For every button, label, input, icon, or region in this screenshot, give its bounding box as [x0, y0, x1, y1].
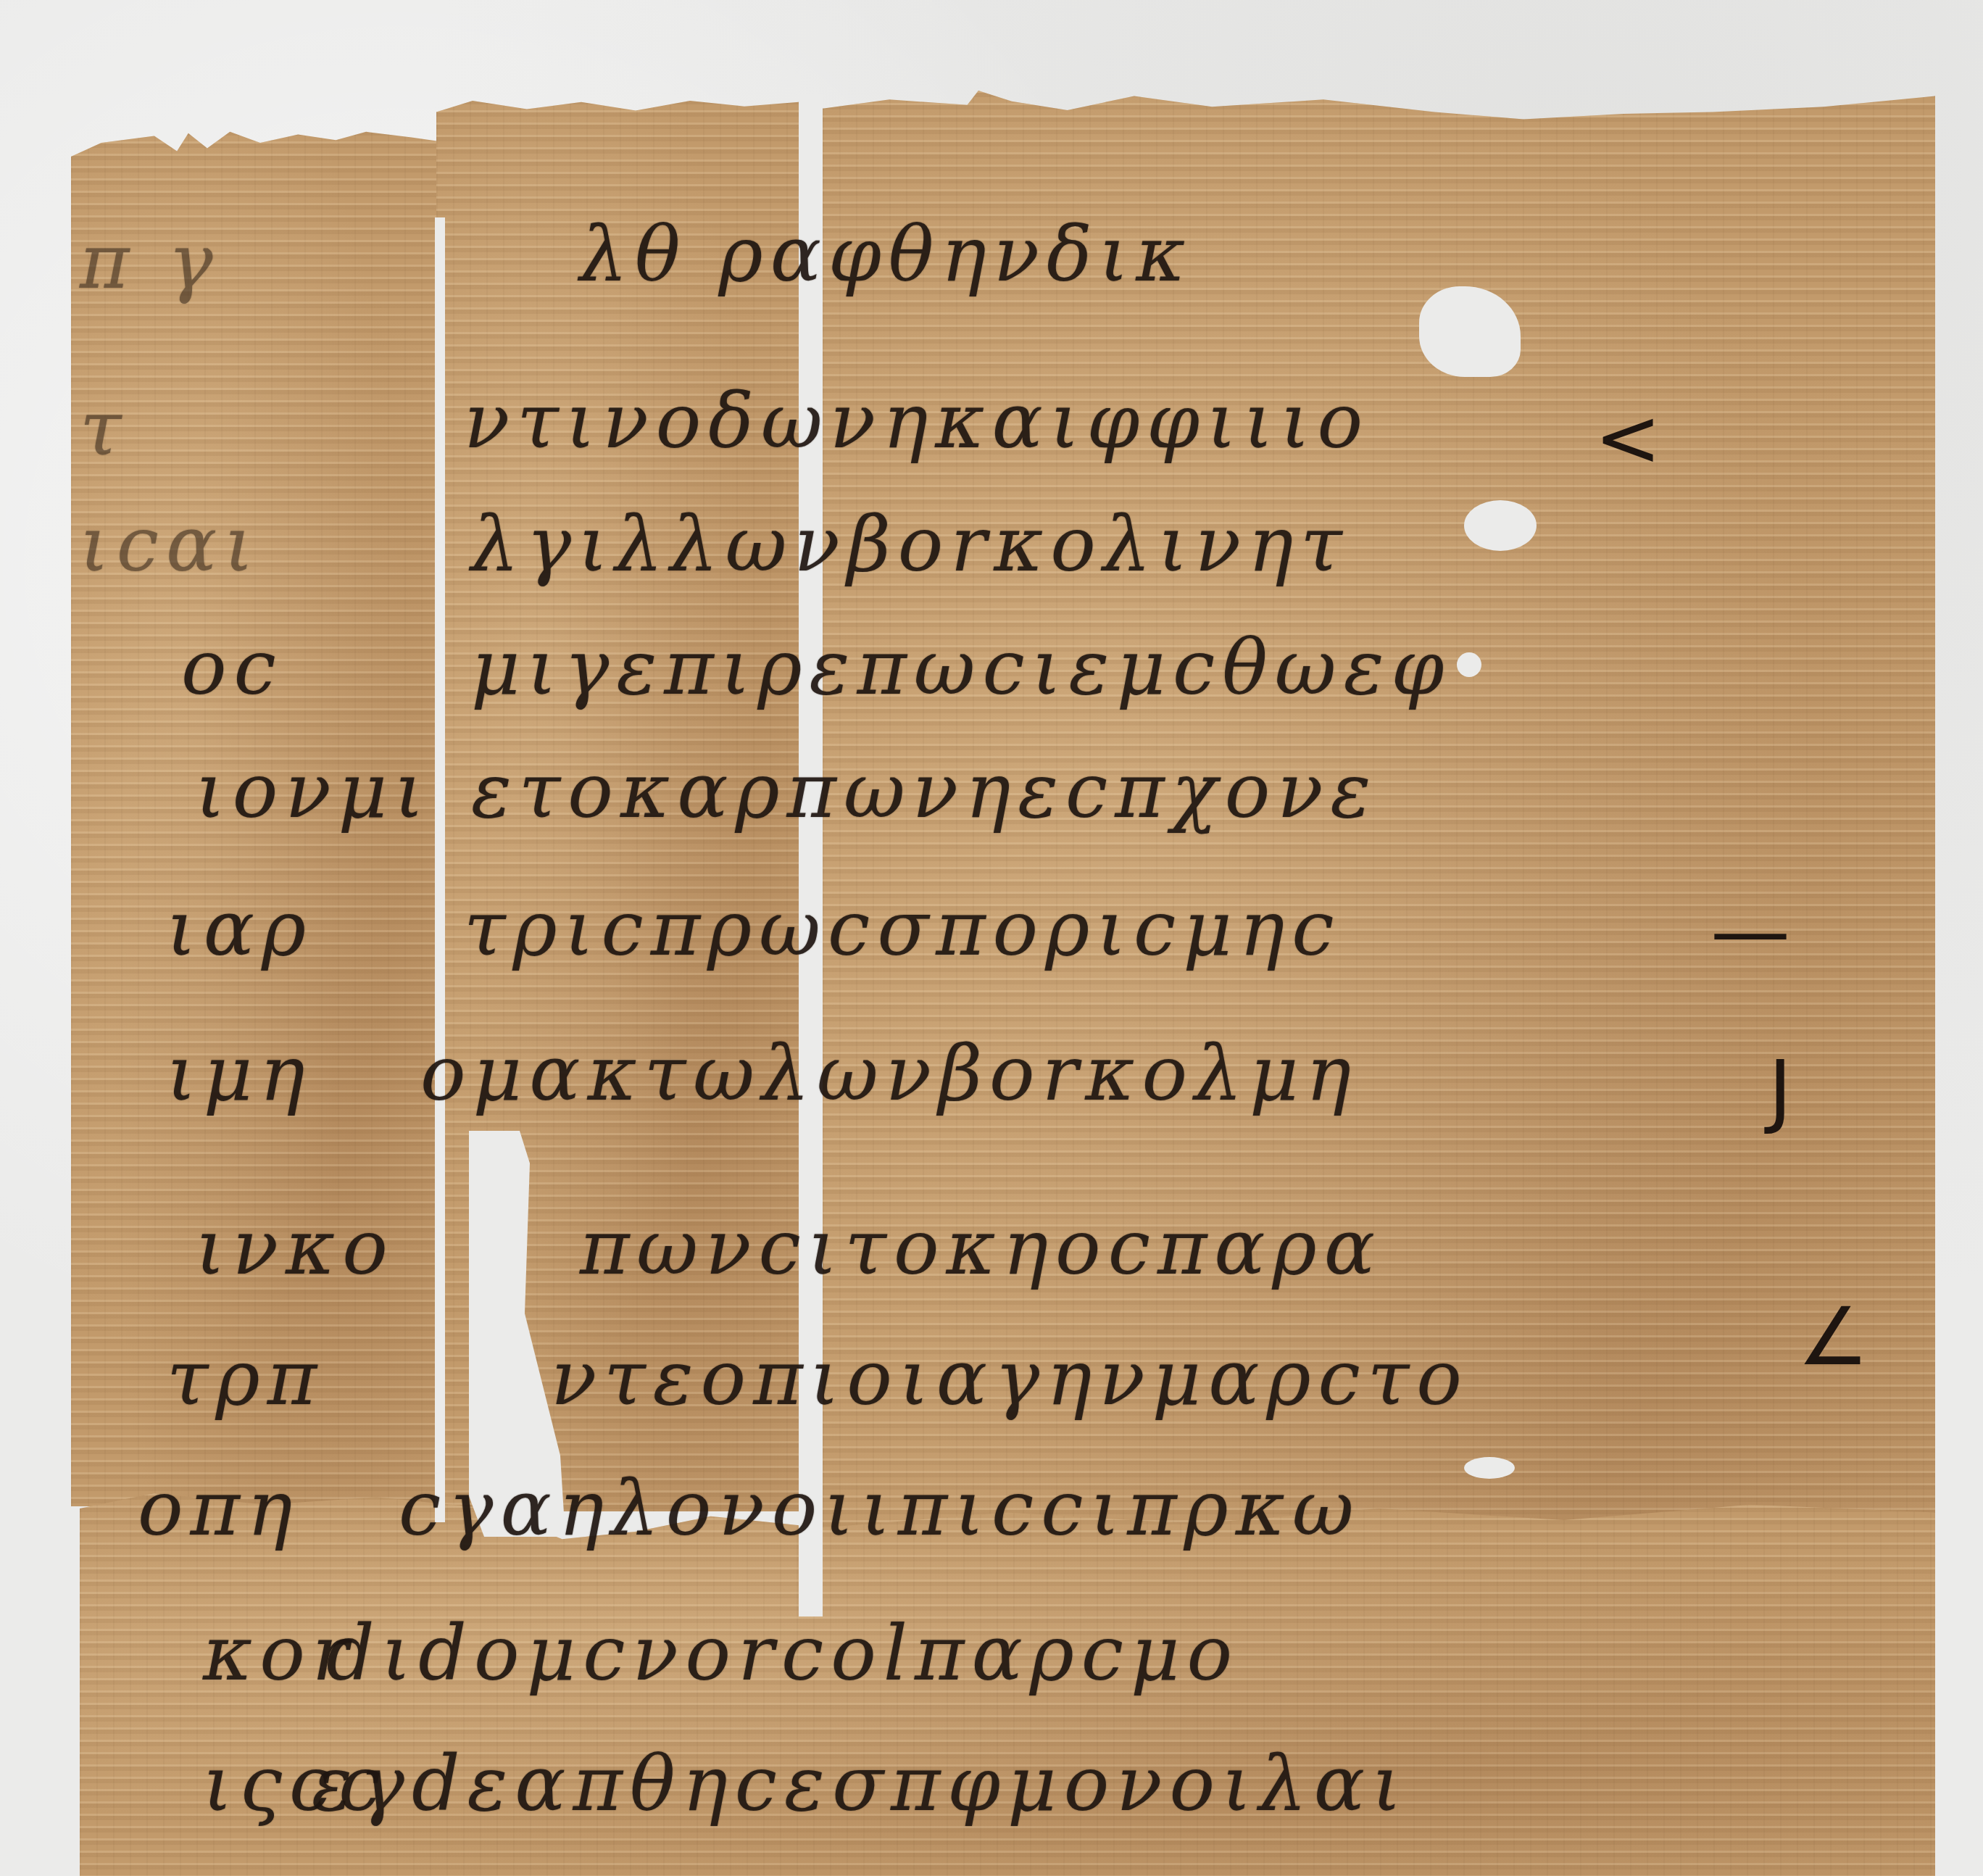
- fragment-gap: [435, 217, 445, 1522]
- manuscript-line-left: ιcαι: [80, 500, 261, 589]
- manuscript-line-left: ινκο: [196, 1203, 395, 1292]
- manuscript-line-left: ιμη: [167, 1029, 312, 1118]
- papyrus-hole: [1464, 500, 1537, 551]
- manuscript-line: λθ ραφθηνδικ: [580, 210, 1193, 299]
- manuscript-line-left: οc: [181, 623, 283, 712]
- manuscript-line-left: τ: [80, 384, 129, 473]
- manuscript-line: λγιλλωνβοrκολινητ: [471, 500, 1350, 589]
- manuscript-line-left: ιαρ: [167, 884, 313, 973]
- manuscript-line: τριcπρωcσποριcμηc: [464, 884, 1342, 973]
- manuscript-line: dιdομcνοrcοlπαρcμο: [326, 1609, 1239, 1698]
- papyrus-hole: [1457, 652, 1481, 677]
- manuscript-line: εγdεαπθηcεσπφμονοιλαι: [312, 1740, 1409, 1828]
- manuscript-line: ντεοπιοιαγηνμαρcτο: [551, 1334, 1469, 1422]
- manuscript-line-left: π γ: [80, 217, 220, 306]
- marginal-mark: —: [1710, 884, 1790, 977]
- manuscript-line: cγαηλονοιιπιccιπρκω: [399, 1464, 1361, 1553]
- manuscript-line-left: οπη: [138, 1464, 299, 1553]
- manuscript-line-left: ιονμι: [196, 747, 431, 835]
- manuscript-line-left: τρπ: [167, 1334, 324, 1422]
- marginal-mark: J: [1768, 1044, 1792, 1137]
- manuscript-line: πωνcιτοκηοcπαρα: [580, 1203, 1382, 1292]
- papyrus-hole: [1464, 1457, 1515, 1479]
- marginal-mark: ∠: [1797, 1290, 1869, 1383]
- manuscript-line: ομακτωλωνβοrκολμη: [420, 1029, 1358, 1118]
- marginal-mark: <: [1595, 391, 1661, 484]
- manuscript-line: ετοκαρπωνηεcπχονε: [471, 747, 1378, 835]
- manuscript-line: ντινοδωνηκαιφφιιιο: [464, 377, 1370, 465]
- manuscript-line: μιγεπιρεπωcιεμcθωεφ: [471, 623, 1451, 712]
